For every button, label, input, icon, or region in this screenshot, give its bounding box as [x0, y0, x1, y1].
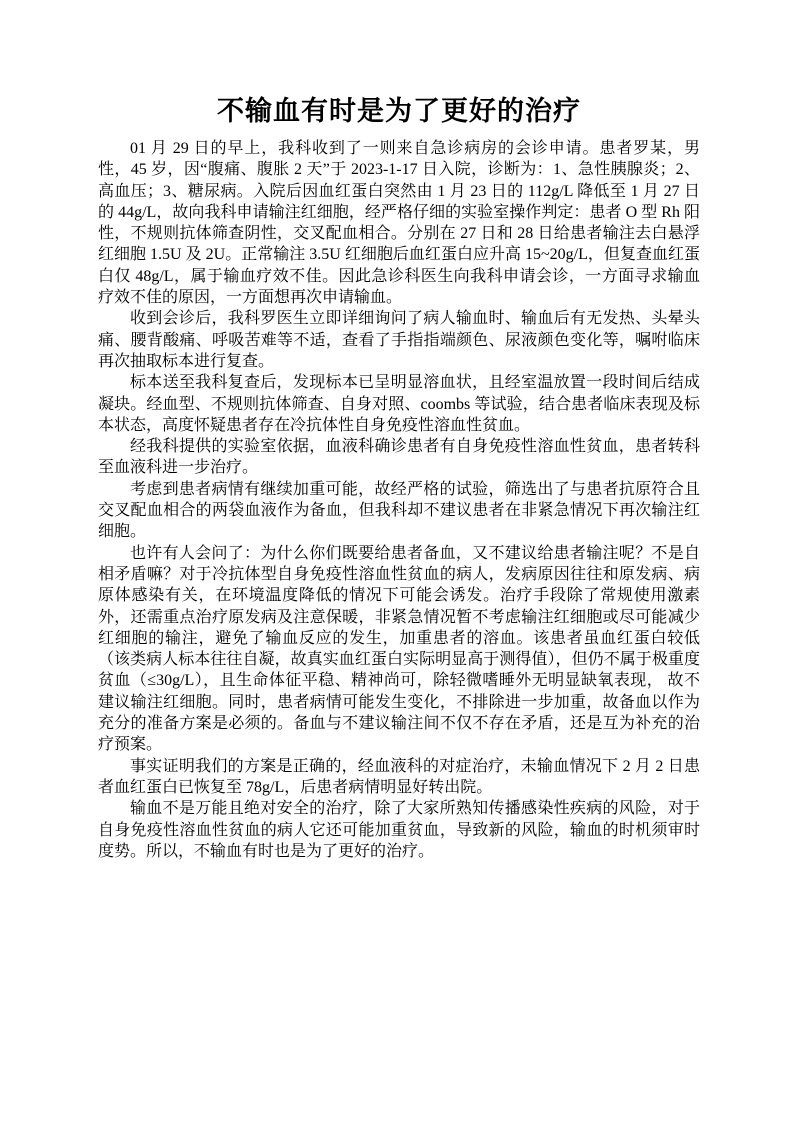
paragraph-blood-reserve: 考虑到患者病情有继续加重可能，故经严格的试验，筛选出了与患者抗原符合且交叉配血相…	[98, 479, 700, 543]
document-content: 不输血有时是为了更好的治疗 01 月 29 日的早上，我科收到了一则来自急诊病房…	[98, 94, 700, 862]
paragraph-sample-recheck: 标本送至我科复查后，发现标本已呈明显溶血状，且经室温放置一段时间后结成凝块。经血…	[98, 372, 700, 436]
paragraph-intro-case: 01 月 29 日的早上，我科收到了一则来自急诊病房的会诊申请。患者罗某，男性，…	[98, 138, 700, 308]
paragraph-consult-inquiry: 收到会诊后，我科罗医生立即详细询问了病人输血时、输血后有无发热、头晕头痛、腰背酸…	[98, 308, 700, 372]
document-page: 不输血有时是为了更好的治疗 01 月 29 日的早上，我科收到了一则来自急诊病房…	[0, 0, 793, 1122]
paragraph-diagnosis-transfer: 经我科提供的实验室依据，血液科确诊患者有自身免疫性溶血性贫血，患者转科至血液科进…	[98, 436, 700, 479]
paragraph-outcome: 事实证明我们的方案是正确的，经血液科的对症治疗，未输血情况下 2 月 2 日患者…	[98, 756, 700, 799]
document-body: 01 月 29 日的早上，我科收到了一则来自急诊病房的会诊申请。患者罗某，男性，…	[98, 138, 700, 862]
paragraph-explanation: 也许有人会问了：为什么你们既要给患者备血，又不建议给患者输注呢？不是自相矛盾嘛？…	[98, 543, 700, 756]
paragraph-conclusion: 输血不是万能且绝对安全的治疗，除了大家所熟知传播感染性疾病的风险，对于自身免疫性…	[98, 798, 700, 862]
document-title: 不输血有时是为了更好的治疗	[98, 94, 700, 128]
